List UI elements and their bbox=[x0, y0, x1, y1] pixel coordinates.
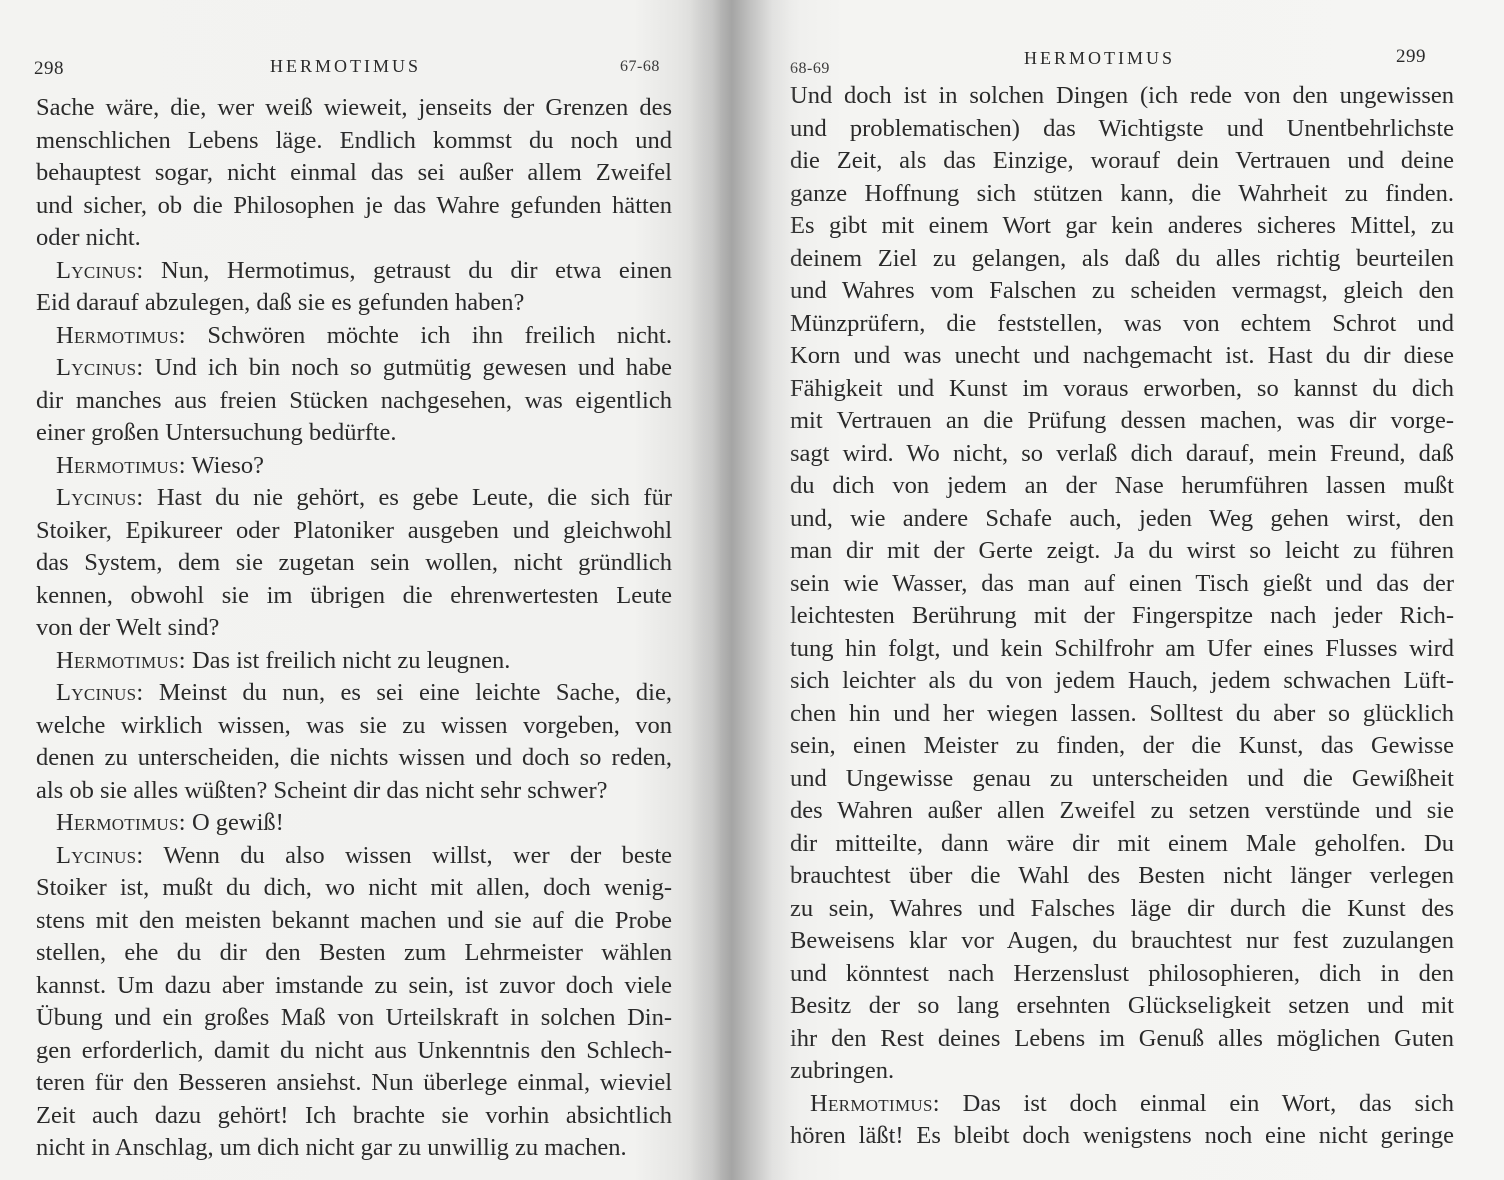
speaker-name: Lycinus: bbox=[56, 679, 143, 706]
text-line: Eid darauf abzulegen, daß sie es gefunde… bbox=[36, 287, 672, 320]
text-line: welche wirklich wissen, was sie zu wisse… bbox=[36, 710, 672, 743]
dialogue-line: Lycinus: Nun, Hermotimus, getraust du di… bbox=[36, 255, 672, 288]
speaker-name: Lycinus: bbox=[56, 484, 143, 511]
line-text: stens mit den meisten bekannt machen und… bbox=[36, 907, 672, 934]
left-page-number: 298 bbox=[34, 58, 64, 80]
line-text: Stoiker, Epikureer oder Platoniker ausge… bbox=[36, 517, 672, 544]
right-page-number: 299 bbox=[1396, 46, 1426, 68]
text-line: sich leichter als du von jedem Hauch, je… bbox=[790, 665, 1454, 698]
line-text: kennen, obwohl sie im übrigen die ehrenw… bbox=[36, 582, 672, 609]
line-text: einer großen Untersuchung bedürfte. bbox=[36, 419, 397, 446]
line-text: Eid darauf abzulegen, daß sie es gefunde… bbox=[36, 289, 524, 316]
right-page-text: Und doch ist in solchen Dingen (ich rede… bbox=[790, 80, 1454, 1153]
line-text: und Ungewisse genau zu unterscheiden und… bbox=[790, 765, 1454, 792]
dialogue-line: Hermotimus: O gewiß! bbox=[36, 807, 672, 840]
line-text: Hast du nie gehört, es gebe Leute, die s… bbox=[143, 484, 672, 511]
line-text: sich leichter als du von jedem Hauch, je… bbox=[790, 667, 1454, 694]
line-text: als ob sie alles wüßten? Scheint dir das… bbox=[36, 777, 608, 804]
line-text: dir mitteilte, dann wäre dir mit einem M… bbox=[790, 830, 1454, 857]
right-section-range: 68-69 bbox=[790, 60, 830, 78]
text-line: ganze Hoffnung sich stützen kann, die Wa… bbox=[790, 178, 1454, 211]
line-text: menschlichen Lebens läge. Endlich kommst… bbox=[36, 127, 672, 154]
text-line: Zeit auch dazu gehört! Ich brachte sie v… bbox=[36, 1100, 672, 1133]
line-text: und problematischen) das Wichtigste und … bbox=[790, 115, 1454, 142]
text-line: sein, einen Meister zu finden, der die K… bbox=[790, 730, 1454, 763]
text-line: und problematischen) das Wichtigste und … bbox=[790, 113, 1454, 146]
dialogue-line: Lycinus: Hast du nie gehört, es gebe Leu… bbox=[36, 482, 672, 515]
text-line: Stoiker, Epikureer oder Platoniker ausge… bbox=[36, 515, 672, 548]
line-text: deinem Ziel zu gelangen, als daß du alle… bbox=[790, 245, 1454, 272]
line-text: Münzprüfern, die feststellen, was von ec… bbox=[790, 310, 1454, 337]
text-line: tung hin folgt, und kein Schilfrohr am U… bbox=[790, 633, 1454, 666]
line-text: Meinst du nun, es sei eine leichte Sache… bbox=[143, 679, 672, 706]
text-line: sein wie Wasser, das man auf einen Tisch… bbox=[790, 568, 1454, 601]
text-line: Besitz der so lang ersehnten Glückseligk… bbox=[790, 990, 1454, 1023]
line-text: sagt wird. Wo nicht, so verlaß dich dara… bbox=[790, 440, 1454, 467]
line-text: Schwören möchte ich ihn freilich nicht. bbox=[186, 322, 672, 349]
text-line: Sache wäre, die, wer weiß wieweit, jense… bbox=[36, 92, 672, 125]
text-line: und, wie andere Schafe auch, jeden Weg g… bbox=[790, 503, 1454, 536]
text-line: und sicher, ob die Philosophen je das Wa… bbox=[36, 190, 672, 223]
line-text: ganze Hoffnung sich stützen kann, die Wa… bbox=[790, 180, 1454, 207]
text-line: stellen, ehe du dir den Besten zum Lehrm… bbox=[36, 937, 672, 970]
line-text: Nun, Hermotimus, getraust du dir etwa ei… bbox=[143, 257, 672, 284]
speaker-name: Lycinus: bbox=[56, 257, 143, 284]
dialogue-line: Lycinus: Meinst du nun, es sei eine leic… bbox=[36, 677, 672, 710]
line-text: Übung und ein großes Maß von Urteilskraf… bbox=[36, 1004, 672, 1031]
line-text: mit Vertrauen an die Prüfung dessen mach… bbox=[790, 407, 1454, 434]
line-text: chen hin und her wiegen lassen. Solltest… bbox=[790, 700, 1454, 727]
line-text: von der Welt sind? bbox=[36, 614, 219, 641]
text-line: dir mitteilte, dann wäre dir mit einem M… bbox=[790, 828, 1454, 861]
text-line: zubringen. bbox=[790, 1055, 1454, 1088]
line-text: Wieso? bbox=[186, 452, 264, 479]
speaker-name: Hermotimus: bbox=[56, 647, 186, 674]
line-text: zubringen. bbox=[790, 1057, 894, 1084]
text-line: oder nicht. bbox=[36, 222, 672, 255]
line-text: des Wahren außer allen Zweifel zu setzen… bbox=[790, 797, 1454, 824]
text-line: nicht in Anschlag, um dich nicht gar zu … bbox=[36, 1132, 672, 1165]
text-line: gen erforderlich, damit du nicht aus Unk… bbox=[36, 1035, 672, 1068]
line-text: das System, dem sie zugetan sein wollen,… bbox=[36, 549, 672, 576]
line-text: gen erforderlich, damit du nicht aus Unk… bbox=[36, 1037, 672, 1064]
text-line: behauptest sogar, nicht einmal das sei a… bbox=[36, 157, 672, 190]
text-line: leichtesten Berührung mit der Fingerspit… bbox=[790, 600, 1454, 633]
line-text: O gewiß! bbox=[186, 809, 284, 836]
line-text: Wenn du also wissen willst, wer der best… bbox=[143, 842, 672, 869]
line-text: und, wie andere Schafe auch, jeden Weg g… bbox=[790, 505, 1454, 532]
text-line: ihr den Rest deines Lebens im Genuß alle… bbox=[790, 1023, 1454, 1056]
line-text: oder nicht. bbox=[36, 224, 141, 251]
text-line: zu sein, Wahres und Falsches läge dir du… bbox=[790, 893, 1454, 926]
line-text: Beweisens klar vor Augen, du brauchtest … bbox=[790, 927, 1454, 954]
line-text: sein wie Wasser, das man auf einen Tisch… bbox=[790, 570, 1454, 597]
line-text: Und ich bin noch so gutmütig gewesen und… bbox=[143, 354, 672, 381]
speaker-name: Hermotimus: bbox=[56, 809, 186, 836]
text-line: deinem Ziel zu gelangen, als daß du alle… bbox=[790, 243, 1454, 276]
text-line: sagt wird. Wo nicht, so verlaß dich dara… bbox=[790, 438, 1454, 471]
text-line: Es gibt mit einem Wort gar kein anderes … bbox=[790, 210, 1454, 243]
text-line: das System, dem sie zugetan sein wollen,… bbox=[36, 547, 672, 580]
text-line: kannst. Um dazu aber imstande zu sein, i… bbox=[36, 970, 672, 1003]
line-text: Sache wäre, die, wer weiß wieweit, jense… bbox=[36, 94, 672, 121]
line-text: dir manches aus freien Stücken nachgeseh… bbox=[36, 387, 672, 414]
text-line: die Zeit, als das Einzige, worauf dein V… bbox=[790, 145, 1454, 178]
text-line: Stoiker ist, mußt du dich, wo nicht mit … bbox=[36, 872, 672, 905]
line-text: Fähigkeit und Kunst im voraus erworben, … bbox=[790, 375, 1454, 402]
text-line: Fähigkeit und Kunst im voraus erworben, … bbox=[790, 373, 1454, 406]
line-text: ihr den Rest deines Lebens im Genuß alle… bbox=[790, 1025, 1454, 1052]
line-text: Korn und was unecht und nachgemacht ist.… bbox=[790, 342, 1454, 369]
left-running-title: HERMOTIMUS bbox=[270, 56, 421, 77]
text-line: man dir mit der Gerte zeigt. Ja du wirst… bbox=[790, 535, 1454, 568]
line-text: und könntest nach Herzenslust philosophi… bbox=[790, 960, 1454, 987]
text-line: und Ungewisse genau zu unterscheiden und… bbox=[790, 763, 1454, 796]
line-text: Stoiker ist, mußt du dich, wo nicht mit … bbox=[36, 874, 672, 901]
speaker-name: Hermotimus: bbox=[56, 452, 186, 479]
speaker-name: Hermotimus: bbox=[56, 322, 186, 349]
line-text: Zeit auch dazu gehört! Ich brachte sie v… bbox=[36, 1102, 672, 1129]
line-text: Und doch ist in solchen Dingen (ich rede… bbox=[790, 82, 1454, 109]
line-text: du dich von jedem an der Nase herumführe… bbox=[790, 472, 1454, 499]
line-text: die Zeit, als das Einzige, worauf dein V… bbox=[790, 147, 1454, 174]
line-text: Besitz der so lang ersehnten Glückseligk… bbox=[790, 992, 1454, 1019]
left-page: 298 HERMOTIMUS 67-68 Sache wäre, die, we… bbox=[0, 0, 720, 1180]
line-text: Es gibt mit einem Wort gar kein anderes … bbox=[790, 212, 1454, 239]
left-page-text: Sache wäre, die, wer weiß wieweit, jense… bbox=[36, 92, 672, 1165]
dialogue-line: Lycinus: Wenn du also wissen willst, wer… bbox=[36, 840, 672, 873]
dialogue-line: Hermotimus: Schwören möchte ich ihn frei… bbox=[36, 320, 672, 353]
text-line: dir manches aus freien Stücken nachgeseh… bbox=[36, 385, 672, 418]
dialogue-line: Lycinus: Und ich bin noch so gutmütig ge… bbox=[36, 352, 672, 385]
text-line: menschlichen Lebens läge. Endlich kommst… bbox=[36, 125, 672, 158]
text-line: hören läßt! Es bleibt doch wenigstens no… bbox=[790, 1120, 1454, 1153]
speaker-name: Hermotimus: bbox=[810, 1090, 940, 1117]
line-text: nicht in Anschlag, um dich nicht gar zu … bbox=[36, 1134, 627, 1161]
text-line: Übung und ein großes Maß von Urteilskraf… bbox=[36, 1002, 672, 1035]
book-spread: 298 HERMOTIMUS 67-68 Sache wäre, die, we… bbox=[0, 0, 1504, 1180]
line-text: hören läßt! Es bleibt doch wenigstens no… bbox=[790, 1122, 1454, 1149]
text-line: du dich von jedem an der Nase herumführe… bbox=[790, 470, 1454, 503]
speaker-name: Lycinus: bbox=[56, 354, 143, 381]
line-text: und sicher, ob die Philosophen je das Wa… bbox=[36, 192, 672, 219]
line-text: man dir mit der Gerte zeigt. Ja du wirst… bbox=[790, 537, 1454, 564]
speaker-name: Lycinus: bbox=[56, 842, 143, 869]
text-line: mit Vertrauen an die Prüfung dessen mach… bbox=[790, 405, 1454, 438]
text-line: von der Welt sind? bbox=[36, 612, 672, 645]
line-text: Das ist freilich nicht zu leugnen. bbox=[186, 647, 511, 674]
line-text: behauptest sogar, nicht einmal das sei a… bbox=[36, 159, 672, 186]
text-line: und Wahres vom Falschen zu scheiden verm… bbox=[790, 275, 1454, 308]
text-line: Münzprüfern, die feststellen, was von ec… bbox=[790, 308, 1454, 341]
left-section-range: 67-68 bbox=[620, 58, 660, 76]
text-line: chen hin und her wiegen lassen. Solltest… bbox=[790, 698, 1454, 731]
line-text: tung hin folgt, und kein Schilfrohr am U… bbox=[790, 635, 1454, 662]
dialogue-line: Hermotimus: Das ist doch einmal ein Wort… bbox=[790, 1088, 1454, 1121]
text-line: und könntest nach Herzenslust philosophi… bbox=[790, 958, 1454, 991]
line-text: brauchtest über die Wahl des Besten nich… bbox=[790, 862, 1454, 889]
text-line: brauchtest über die Wahl des Besten nich… bbox=[790, 860, 1454, 893]
line-text: teren für den Besseren ansiehst. Nun übe… bbox=[36, 1069, 672, 1096]
text-line: Beweisens klar vor Augen, du brauchtest … bbox=[790, 925, 1454, 958]
line-text: Das ist doch einmal ein Wort, das sich bbox=[940, 1090, 1454, 1117]
line-text: welche wirklich wissen, was sie zu wisse… bbox=[36, 712, 672, 739]
dialogue-line: Hermotimus: Wieso? bbox=[36, 450, 672, 483]
text-line: des Wahren außer allen Zweifel zu setzen… bbox=[790, 795, 1454, 828]
dialogue-line: Hermotimus: Das ist freilich nicht zu le… bbox=[36, 645, 672, 678]
right-running-title: HERMOTIMUS bbox=[1024, 48, 1175, 69]
line-text: leichtesten Berührung mit der Fingerspit… bbox=[790, 602, 1454, 629]
line-text: zu sein, Wahres und Falsches läge dir du… bbox=[790, 895, 1454, 922]
text-line: stens mit den meisten bekannt machen und… bbox=[36, 905, 672, 938]
text-line: einer großen Untersuchung bedürfte. bbox=[36, 417, 672, 450]
line-text: denen zu unterscheiden, die nichts wisse… bbox=[36, 744, 672, 771]
text-line: Und doch ist in solchen Dingen (ich rede… bbox=[790, 80, 1454, 113]
text-line: Korn und was unecht und nachgemacht ist.… bbox=[790, 340, 1454, 373]
line-text: und Wahres vom Falschen zu scheiden verm… bbox=[790, 277, 1454, 304]
text-line: als ob sie alles wüßten? Scheint dir das… bbox=[36, 775, 672, 808]
text-line: denen zu unterscheiden, die nichts wisse… bbox=[36, 742, 672, 775]
text-line: kennen, obwohl sie im übrigen die ehrenw… bbox=[36, 580, 672, 613]
text-line: teren für den Besseren ansiehst. Nun übe… bbox=[36, 1067, 672, 1100]
line-text: stellen, ehe du dir den Besten zum Lehrm… bbox=[36, 939, 672, 966]
line-text: sein, einen Meister zu finden, der die K… bbox=[790, 732, 1454, 759]
line-text: kannst. Um dazu aber imstande zu sein, i… bbox=[36, 972, 672, 999]
